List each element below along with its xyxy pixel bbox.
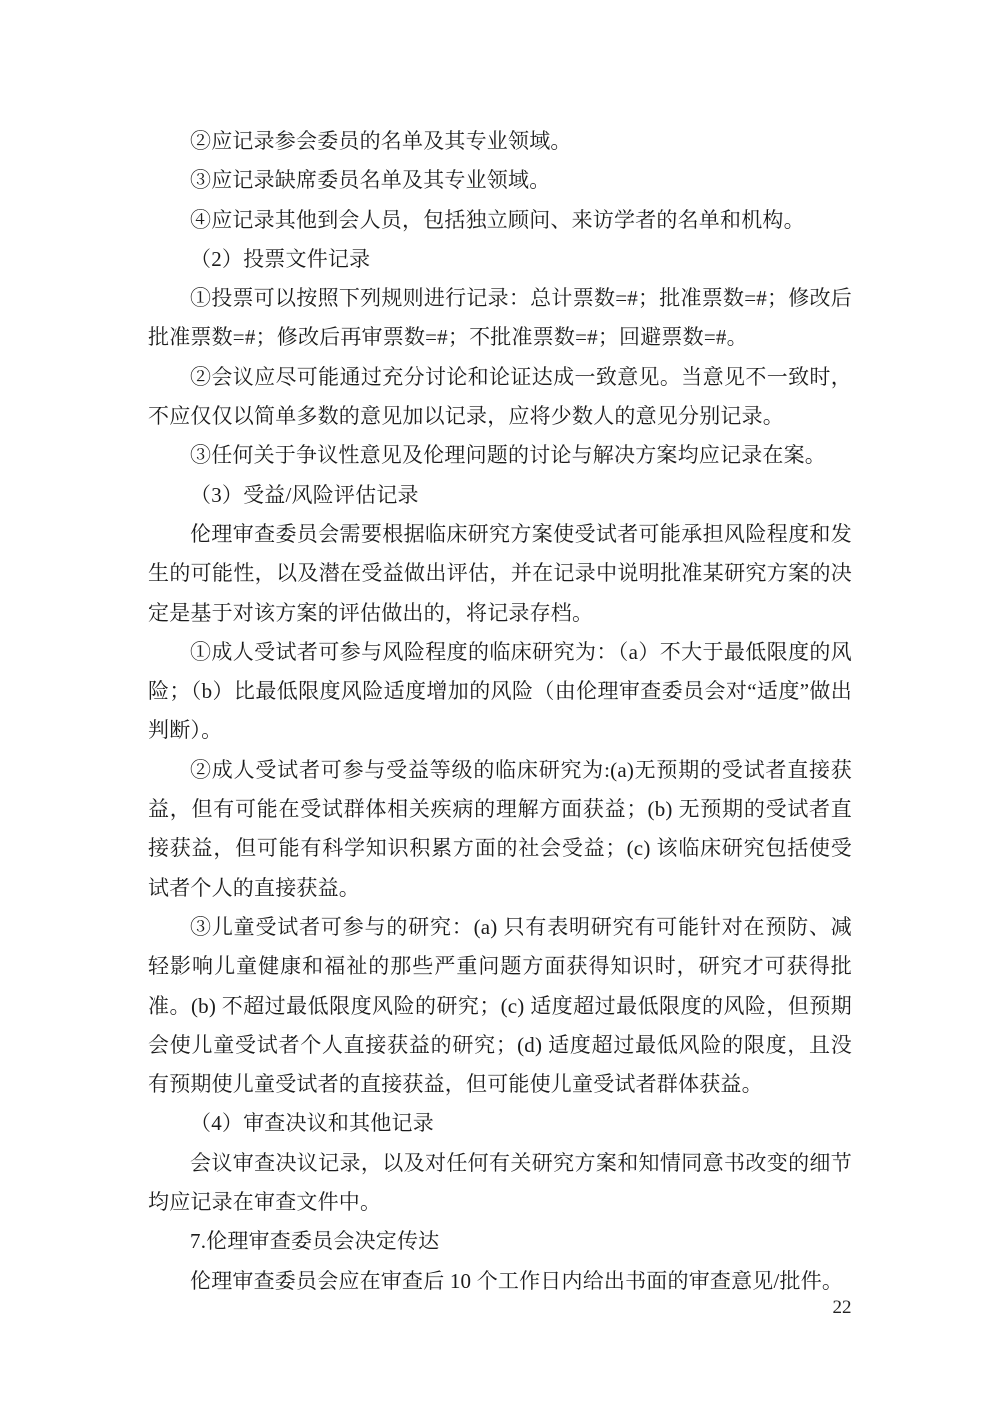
paragraph: ③儿童受试者可参与的研究：(a) 只有表明研究有可能针对在预防、减轻影响儿童健康… xyxy=(148,908,852,1104)
paragraph: 伦理审查委员会需要根据临床研究方案使受试者可能承担风险程度和发生的可能性，以及潜… xyxy=(148,515,852,633)
page-number: 22 xyxy=(822,1295,862,1321)
document-page: ②应记录参会委员的名单及其专业领域。 ③应记录缺席委员名单及其专业领域。 ④应记… xyxy=(0,0,1000,1413)
paragraph: ②应记录参会委员的名单及其专业领域。 xyxy=(148,122,852,161)
paragraph: ③应记录缺席委员名单及其专业领域。 xyxy=(148,161,852,200)
paragraph: ③任何关于争议性意见及伦理问题的讨论与解决方案均应记录在案。 xyxy=(148,436,852,475)
section-heading: （2）投票文件记录 xyxy=(148,240,852,279)
document-body: ②应记录参会委员的名单及其专业领域。 ③应记录缺席委员名单及其专业领域。 ④应记… xyxy=(148,122,852,1301)
section-heading: 7.伦理审查委员会决定传达 xyxy=(148,1222,852,1261)
paragraph: ②会议应尽可能通过充分讨论和论证达成一致意见。当意见不一致时，不应仅仅以简单多数… xyxy=(148,358,852,437)
paragraph: ②成人受试者可参与受益等级的临床研究为:(a)无预期的受试者直接获益，但有可能在… xyxy=(148,751,852,908)
paragraph: ①成人受试者可参与风险程度的临床研究为：（a）不大于最低限度的风险；（b）比最低… xyxy=(148,633,852,751)
section-heading: （3）受益/风险评估记录 xyxy=(148,476,852,515)
paragraph: 会议审查决议记录，以及对任何有关研究方案和知情同意书改变的细节均应记录在审查文件… xyxy=(148,1144,852,1223)
paragraph: 伦理审查委员会应在审查后 10 个工作日内给出书面的审查意见/批件。 xyxy=(148,1262,852,1301)
paragraph: ④应记录其他到会人员，包括独立顾问、来访学者的名单和机构。 xyxy=(148,201,852,240)
paragraph: ①投票可以按照下列规则进行记录：总计票数=#；批准票数=#；修改后批准票数=#；… xyxy=(148,279,852,358)
section-heading: （4）审查决议和其他记录 xyxy=(148,1104,852,1143)
